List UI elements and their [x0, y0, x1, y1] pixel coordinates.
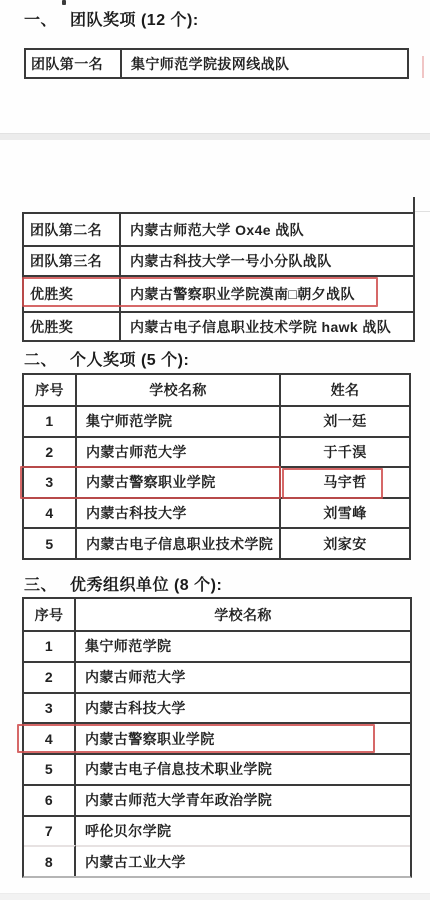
section-number: 一、: [24, 7, 57, 30]
school-cell: 内蒙古科技大学: [77, 497, 281, 528]
rank-cell: 团队第二名: [24, 214, 121, 245]
header-school: 学校名称: [77, 375, 281, 405]
section-number: 三、: [24, 572, 57, 595]
school-cell: 集宁师范学院: [77, 405, 281, 436]
section-title-text: 个人奖项 (5 个):: [70, 347, 189, 370]
no-cell: 5: [24, 753, 76, 784]
no-cell: 2: [24, 436, 77, 467]
name-cell: 刘家安: [281, 527, 409, 558]
school-cell: 内蒙古电子信息职业技术学院: [77, 527, 281, 558]
school-cell: 内蒙古师范大学: [77, 436, 281, 467]
cropped-text-remnant: [62, 0, 66, 5]
red-annotation-remnant: [422, 56, 424, 78]
name-cell: 刘一廷: [281, 405, 409, 436]
rank-cell: 优胜奖: [24, 311, 121, 340]
team-cell: 内蒙古科技大学一号小分队战队: [121, 245, 413, 275]
section-title-organizations: 三、优秀组织单位 (8 个):: [24, 572, 222, 595]
no-cell: 6: [24, 784, 76, 815]
stitch-band: [0, 133, 430, 140]
section-title-individual-awards: 二、个人奖项 (5 个):: [24, 347, 189, 370]
rank-cell: 团队第一名: [26, 50, 122, 77]
no-cell: 5: [24, 527, 77, 558]
no-cell: 1: [24, 630, 76, 661]
team-cell: 内蒙古师范大学 Ox4e 战队: [121, 214, 413, 245]
header-no: 序号: [24, 375, 77, 405]
header-name: 姓名: [281, 375, 409, 405]
school-cell: 内蒙古电子信息技术职业学院: [76, 753, 410, 784]
team-cell: 内蒙古电子信息职业技术学院 hawk 战队: [121, 311, 413, 340]
bottom-edge-band: [0, 893, 430, 900]
section-title-team-awards: 一、团队奖项 (12 个):: [24, 7, 199, 30]
section-title-text: 优秀组织单位 (8 个):: [70, 572, 222, 595]
name-cell: 于千淏: [281, 436, 409, 467]
no-cell: 8: [24, 845, 76, 876]
name-cell: 刘雪峰: [281, 497, 409, 528]
no-cell: 7: [24, 815, 76, 846]
school-cell: 集宁师范学院: [76, 630, 410, 661]
rank-cell: 团队第三名: [24, 245, 121, 275]
team-cell: 集宁师范学院拔网线战队: [122, 50, 407, 77]
header-no: 序号: [24, 599, 76, 630]
section-title-text: 团队奖项 (12 个):: [70, 7, 199, 30]
document-photo: 一、团队奖项 (12 个): 团队第一名 集宁师范学院拔网线战队 团队第二名 内…: [0, 0, 430, 900]
school-cell: 内蒙古师范大学: [76, 661, 410, 692]
no-cell: 3: [24, 692, 76, 723]
highlight-box-team-winner: [22, 277, 378, 307]
team-awards-table-top: 团队第一名 集宁师范学院拔网线战队: [24, 48, 409, 79]
no-cell: 2: [24, 661, 76, 692]
header-school: 学校名称: [76, 599, 410, 630]
no-cell: 1: [24, 405, 77, 436]
table-border-remnant: [413, 197, 415, 212]
school-cell: 呼伦贝尔学院: [76, 815, 410, 846]
highlight-box-organization: [17, 724, 375, 753]
no-cell: 4: [24, 497, 77, 528]
school-cell: 内蒙古师范大学青年政治学院: [76, 784, 410, 815]
section-number: 二、: [24, 347, 57, 370]
table-border-remnant-line: [415, 211, 430, 212]
highlight-box-individual-name: [282, 468, 383, 499]
school-cell: 内蒙古工业大学: [76, 845, 410, 876]
highlight-box-individual-school: [20, 466, 281, 499]
school-cell: 内蒙古科技大学: [76, 692, 410, 723]
